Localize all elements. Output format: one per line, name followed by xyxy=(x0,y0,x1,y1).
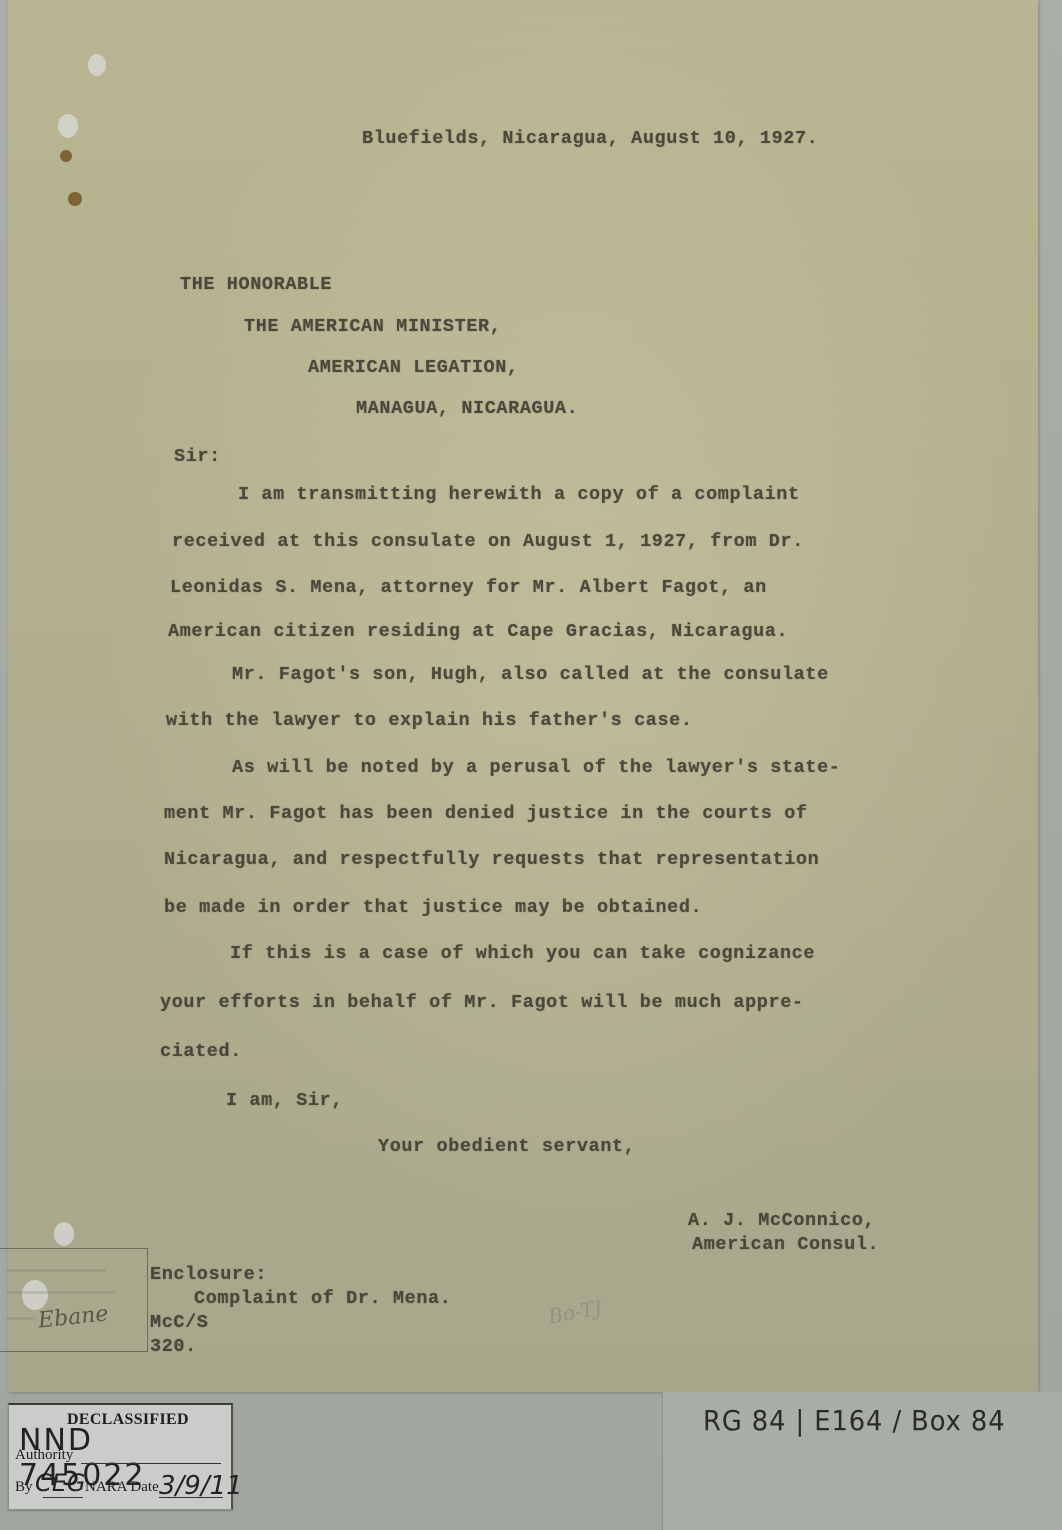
declassified-stamp: DECLASSIFIED NND 745022 Authority By CEG… xyxy=(8,1403,233,1510)
record-group-label: RG 84 | E164 / Box 84 xyxy=(662,1392,1062,1530)
punch-hole-icon xyxy=(54,1222,74,1246)
body-line: Leonidas S. Mena, attorney for Mr. Alber… xyxy=(170,577,767,598)
by-label: By xyxy=(15,1479,33,1496)
nara-date-label: NARA Date xyxy=(85,1479,159,1496)
body-line: As will be noted by a perusal of the law… xyxy=(232,757,841,778)
salutation: Sir: xyxy=(174,446,221,467)
addressee-line: MANAGUA, NICARAGUA. xyxy=(356,398,578,419)
punch-hole-icon xyxy=(58,114,78,138)
addressee-line: THE HONORABLE xyxy=(180,274,332,295)
addressee-line: AMERICAN LEGATION, xyxy=(308,357,519,378)
body-line: received at this consulate on August 1, … xyxy=(172,531,804,552)
margin-initials: Ebane xyxy=(37,1301,110,1333)
rust-stain-icon xyxy=(68,192,82,206)
letter-page xyxy=(8,0,1038,1392)
enclosure-item: Complaint of Dr. Mena. xyxy=(194,1288,451,1309)
file-number: 320. xyxy=(150,1336,197,1357)
body-line: American citizen residing at Cape Gracia… xyxy=(168,621,788,642)
addressee-line: THE AMERICAN MINISTER, xyxy=(244,316,501,337)
punch-hole-icon xyxy=(88,54,106,76)
typist-initials: McC/S xyxy=(150,1312,209,1333)
body-line: If this is a case of which you can take … xyxy=(230,943,815,964)
body-line: ment Mr. Fagot has been denied justice i… xyxy=(164,803,808,824)
body-line: your efforts in behalf of Mr. Fagot will… xyxy=(160,992,804,1013)
closing-line: Your obedient servant, xyxy=(378,1136,635,1157)
body-line: ciated. xyxy=(160,1041,242,1062)
authority-label: Authority xyxy=(15,1447,73,1464)
body-line: be made in order that justice may be obt… xyxy=(164,897,702,918)
signature-name: A. J. McConnico, xyxy=(688,1210,875,1231)
body-line: Mr. Fagot's son, Hugh, also called at th… xyxy=(232,664,829,685)
rust-stain-icon xyxy=(60,150,72,162)
closing-line: I am, Sir, xyxy=(226,1090,343,1111)
enclosure-label: Enclosure: xyxy=(150,1264,267,1285)
body-line: Nicaragua, and respectfully requests tha… xyxy=(164,849,819,870)
signature-title: American Consul. xyxy=(692,1234,879,1255)
by-value: CEG xyxy=(35,1469,86,1497)
body-line: with the lawyer to explain his father's … xyxy=(166,710,693,731)
record-group-text: RG 84 | E164 / Box 84 xyxy=(703,1404,1006,1437)
margin-stamp-box: Ebane xyxy=(0,1248,148,1352)
body-line: I am transmitting herewith a copy of a c… xyxy=(238,484,800,505)
place-date-line: Bluefields, Nicaragua, August 10, 1927. xyxy=(362,128,818,149)
